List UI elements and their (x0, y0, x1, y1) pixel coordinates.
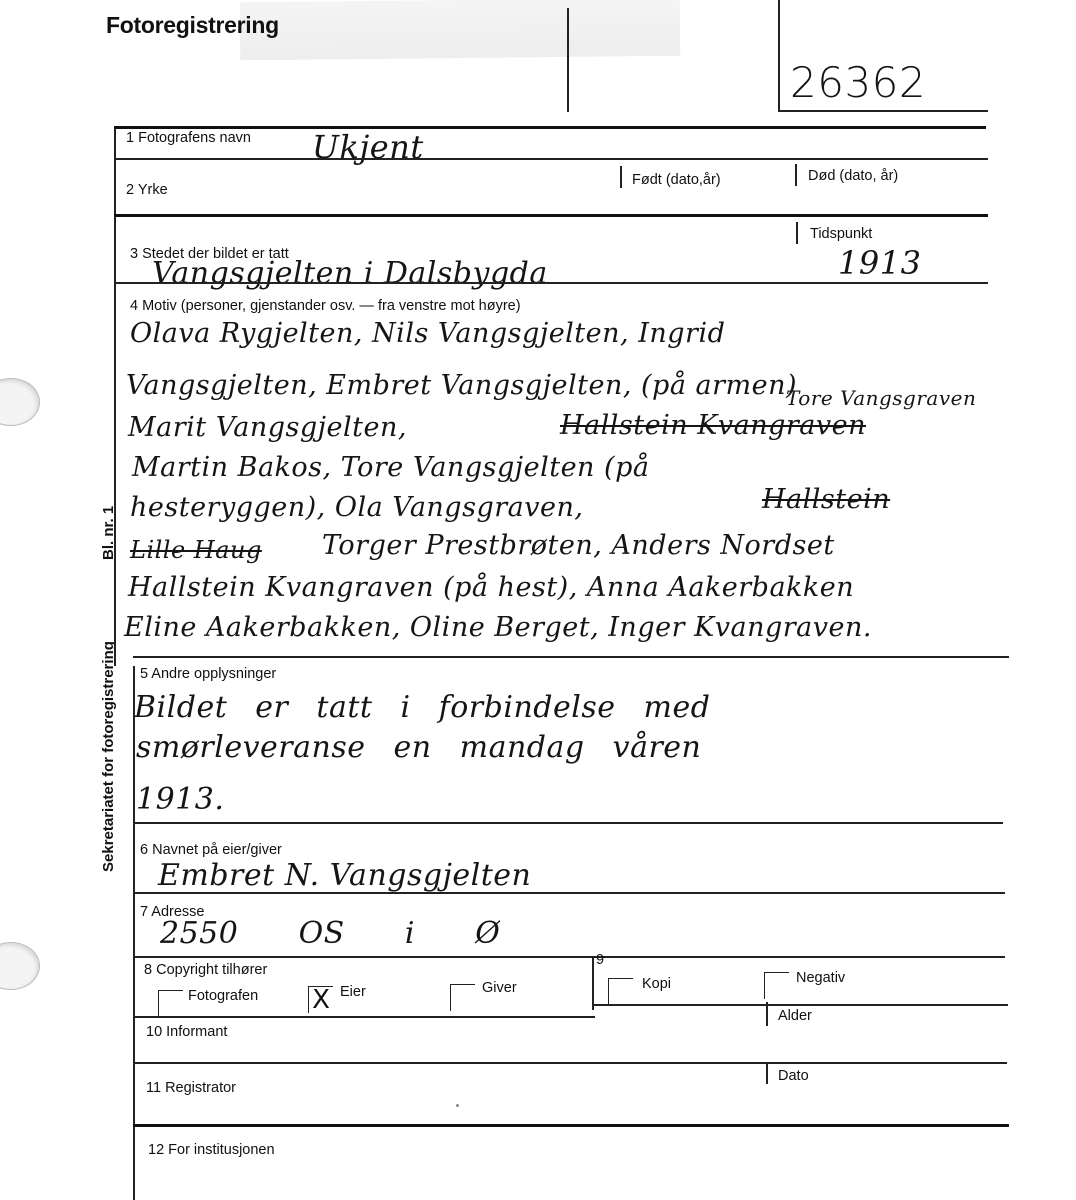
copyright-giver-checkbox[interactable] (450, 984, 475, 1011)
negativ-checkbox[interactable] (764, 972, 789, 999)
copyright-giver-label: Giver (482, 980, 517, 996)
field-11-label: 11 Registrator (146, 1080, 236, 1096)
motif-struck: Hallstein Kvangraven (560, 410, 866, 441)
age-label: Alder (778, 1008, 812, 1024)
time-value[interactable]: 1913 (838, 244, 921, 282)
copyright-eier-label: Eier (340, 984, 366, 1000)
kopi-label: Kopi (642, 976, 671, 992)
negativ-label: Negativ (796, 970, 845, 986)
header-divider (778, 0, 780, 112)
field-4-label: 4 Motiv (personer, gjenstander osv. — fr… (130, 298, 521, 314)
divider (796, 222, 798, 244)
divider (133, 1016, 595, 1018)
motif-line[interactable]: Hallstein Kvangraven (på hest), Anna Aak… (128, 572, 854, 603)
divider (133, 892, 1005, 894)
divider (766, 1002, 768, 1026)
divider (795, 164, 797, 186)
motif-line[interactable]: hesteryggen), Ola Vangsgraven, (130, 492, 583, 523)
divider (133, 656, 1009, 658)
field-9-label: 9 (596, 952, 604, 968)
divider (133, 1062, 1007, 1064)
field-8-label: 8 Copyright tilhører (144, 962, 267, 978)
divider (114, 214, 988, 217)
field-7-value[interactable]: 2550 OS i Ø (160, 916, 500, 951)
motif-inserted: Tore Vangsgraven (786, 386, 976, 410)
tape-strip (240, 0, 681, 60)
divider (620, 166, 622, 188)
x-mark-icon: X (309, 987, 333, 1013)
copyright-fotografen-label: Fotografen (188, 988, 258, 1004)
speck (456, 1104, 459, 1107)
form-title: Fotoregistrering (106, 12, 279, 39)
motif-line[interactable]: Torger Prestbrøten, Anders Nordset (322, 530, 835, 561)
frame-left (114, 128, 116, 666)
divider (592, 1004, 1008, 1006)
divider (592, 956, 594, 1010)
field-5-label: 5 Andre opplysninger (140, 666, 276, 682)
record-number: 26362 (790, 58, 926, 107)
divider (133, 822, 1003, 824)
motif-struck: Hallstein (762, 484, 890, 515)
header-underline (778, 110, 988, 112)
motif-line[interactable]: Marit Vangsgjelten, (128, 412, 407, 443)
notes-line[interactable]: smørleveranse en mandag våren (136, 730, 701, 765)
divider (114, 282, 988, 284)
field-1-label: 1 Fotografens navn (126, 130, 251, 146)
header-divider (567, 8, 569, 112)
kopi-checkbox[interactable] (608, 978, 633, 1005)
divider (133, 956, 1005, 958)
death-label: Død (dato, år) (808, 168, 898, 184)
side-label: Sekretariatet for fotoregistrering (100, 641, 117, 872)
field-2-label: 2 Yrke (126, 182, 168, 198)
copyright-eier-checkbox[interactable]: X (308, 986, 333, 1013)
motif-line[interactable]: Vangsgjelten, Embret Vangsgjelten, (på a… (126, 370, 797, 401)
frame-top (114, 126, 986, 129)
motif-line[interactable]: Eline Aakerbakken, Oline Berget, Inger K… (124, 612, 872, 643)
frame-left (133, 666, 135, 1200)
field-1-value[interactable]: Ukjent (312, 128, 424, 166)
divider (133, 1124, 1009, 1127)
copyright-fotografen-checkbox[interactable] (158, 990, 183, 1017)
motif-line[interactable]: Olava Rygjelten, Nils Vangsgjelten, Ingr… (130, 318, 725, 349)
field-12-label: 12 For institusjonen (148, 1142, 275, 1158)
notes-line[interactable]: 1913. (136, 782, 224, 817)
born-label: Født (dato,år) (632, 172, 721, 188)
motif-line[interactable]: Martin Bakos, Tore Vangsgjelten (på (132, 452, 649, 483)
divider (766, 1062, 768, 1084)
divider (114, 158, 988, 160)
time-label: Tidspunkt (810, 226, 872, 242)
punch-hole (0, 378, 40, 426)
field-6-label: 6 Navnet på eier/giver (140, 842, 282, 858)
motif-struck: Lille Haug (130, 536, 262, 564)
punch-hole (0, 942, 40, 990)
notes-line[interactable]: Bildet er tatt i forbindelse med (134, 690, 710, 725)
field-6-value[interactable]: Embret N. Vangsgjelten (158, 858, 531, 893)
date-label: Dato (778, 1068, 809, 1084)
field-10-label: 10 Informant (146, 1024, 227, 1040)
field-3-value[interactable]: Vangsgjelten i Dalsbygda (152, 256, 548, 291)
